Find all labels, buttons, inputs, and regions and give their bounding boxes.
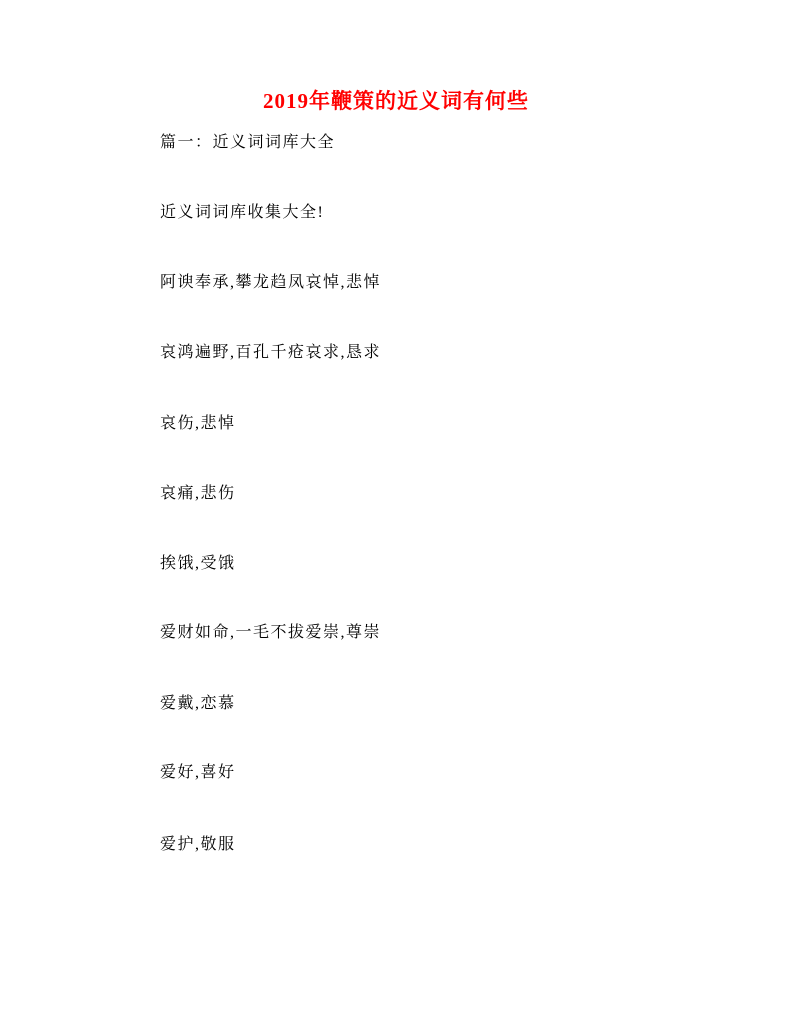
paragraph-line: 挨饿,受饿 — [160, 553, 720, 575]
paragraph-line: 篇一：近义词词库大全 — [160, 132, 720, 154]
paragraph-line: 爱好,喜好 — [160, 762, 720, 784]
paragraph-line: 哀痛,悲伤 — [160, 483, 720, 505]
paragraph-line: 哀鸿遍野,百孔千疮哀求,恳求 — [160, 342, 720, 364]
paragraph-line: 近义词词库收集大全! — [160, 202, 720, 224]
paragraph-line: 阿谀奉承,攀龙趋凤哀悼,悲悼 — [160, 272, 720, 294]
document-page: 2019年鞭策的近义词有何些 篇一：近义词词库大全近义词词库收集大全!阿谀奉承,… — [0, 0, 792, 1025]
document-body: 篇一：近义词词库大全近义词词库收集大全!阿谀奉承,攀龙趋凤哀悼,悲悼哀鸿遍野,百… — [0, 0, 792, 1025]
paragraph-line: 爱财如命,一毛不拔爱崇,尊崇 — [160, 622, 720, 644]
paragraph-line: 爱护,敬服 — [160, 834, 720, 856]
paragraph-line: 爱戴,恋慕 — [160, 693, 720, 715]
paragraph-line: 哀伤,悲悼 — [160, 413, 720, 435]
